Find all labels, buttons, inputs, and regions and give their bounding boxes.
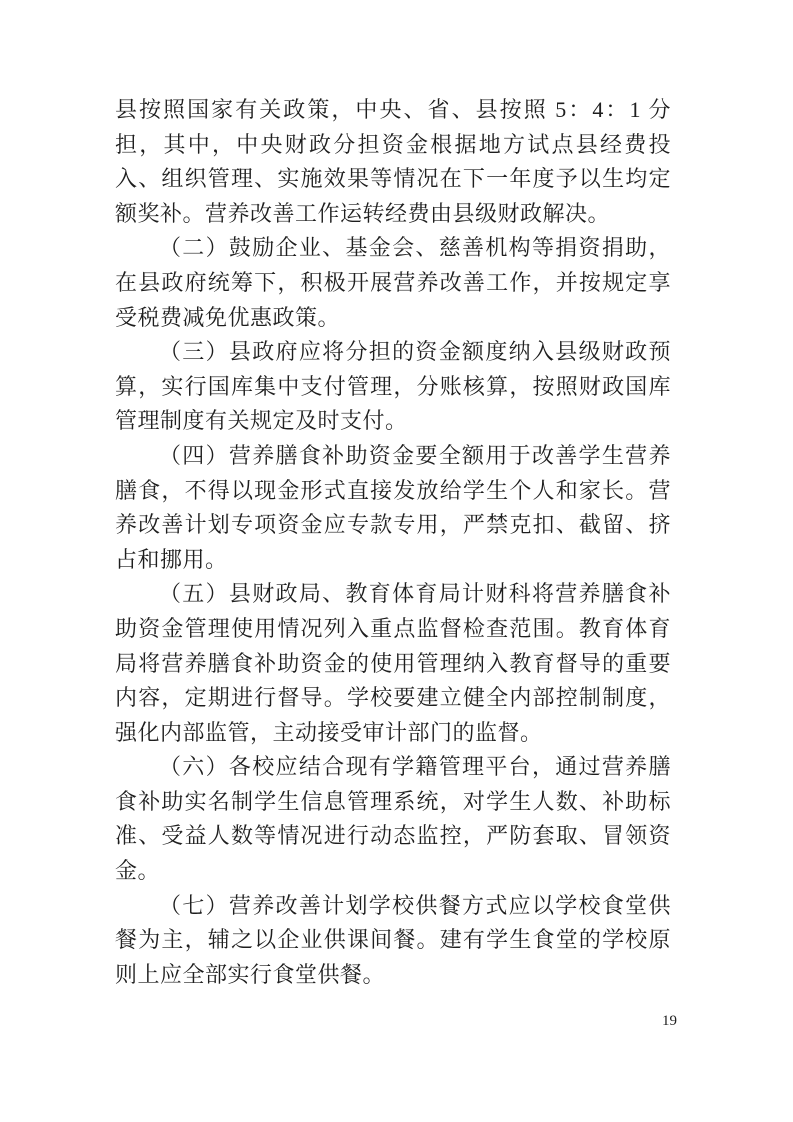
paragraph-item-4: （四）营养膳食补助资金要全额用于改善学生营养膳食，不得以现金形式直接发放给学生个… bbox=[115, 439, 671, 577]
paragraph-item-6: （六）各校应结合现有学籍管理平台，通过营养膳食补助实名制学生信息管理系统，对学生… bbox=[115, 750, 671, 888]
document-body: 县按照国家有关政策，中央、省、县按照 5：4：1 分担，其中，中央财政分担资金根… bbox=[115, 93, 671, 992]
paragraph-item-5: （五）县财政局、教育体育局计财科将营养膳食补助资金管理使用情况列入重点监督检查范… bbox=[115, 577, 671, 750]
paragraph-item-2: （二）鼓励企业、基金会、慈善机构等捐资捐助，在县政府统筹下，积极开展营养改善工作… bbox=[115, 231, 671, 335]
document-page: 县按照国家有关政策，中央、省、县按照 5：4：1 分担，其中，中央财政分担资金根… bbox=[0, 0, 793, 1122]
page-number: 19 bbox=[662, 1013, 677, 1030]
paragraph-continuation: 县按照国家有关政策，中央、省、县按照 5：4：1 分担，其中，中央财政分担资金根… bbox=[115, 93, 671, 231]
paragraph-item-7: （七）营养改善计划学校供餐方式应以学校食堂供餐为主，辅之以企业供课间餐。建有学生… bbox=[115, 889, 671, 993]
paragraph-item-3: （三）县政府应将分担的资金额度纳入县级财政预算，实行国库集中支付管理，分账核算，… bbox=[115, 335, 671, 439]
